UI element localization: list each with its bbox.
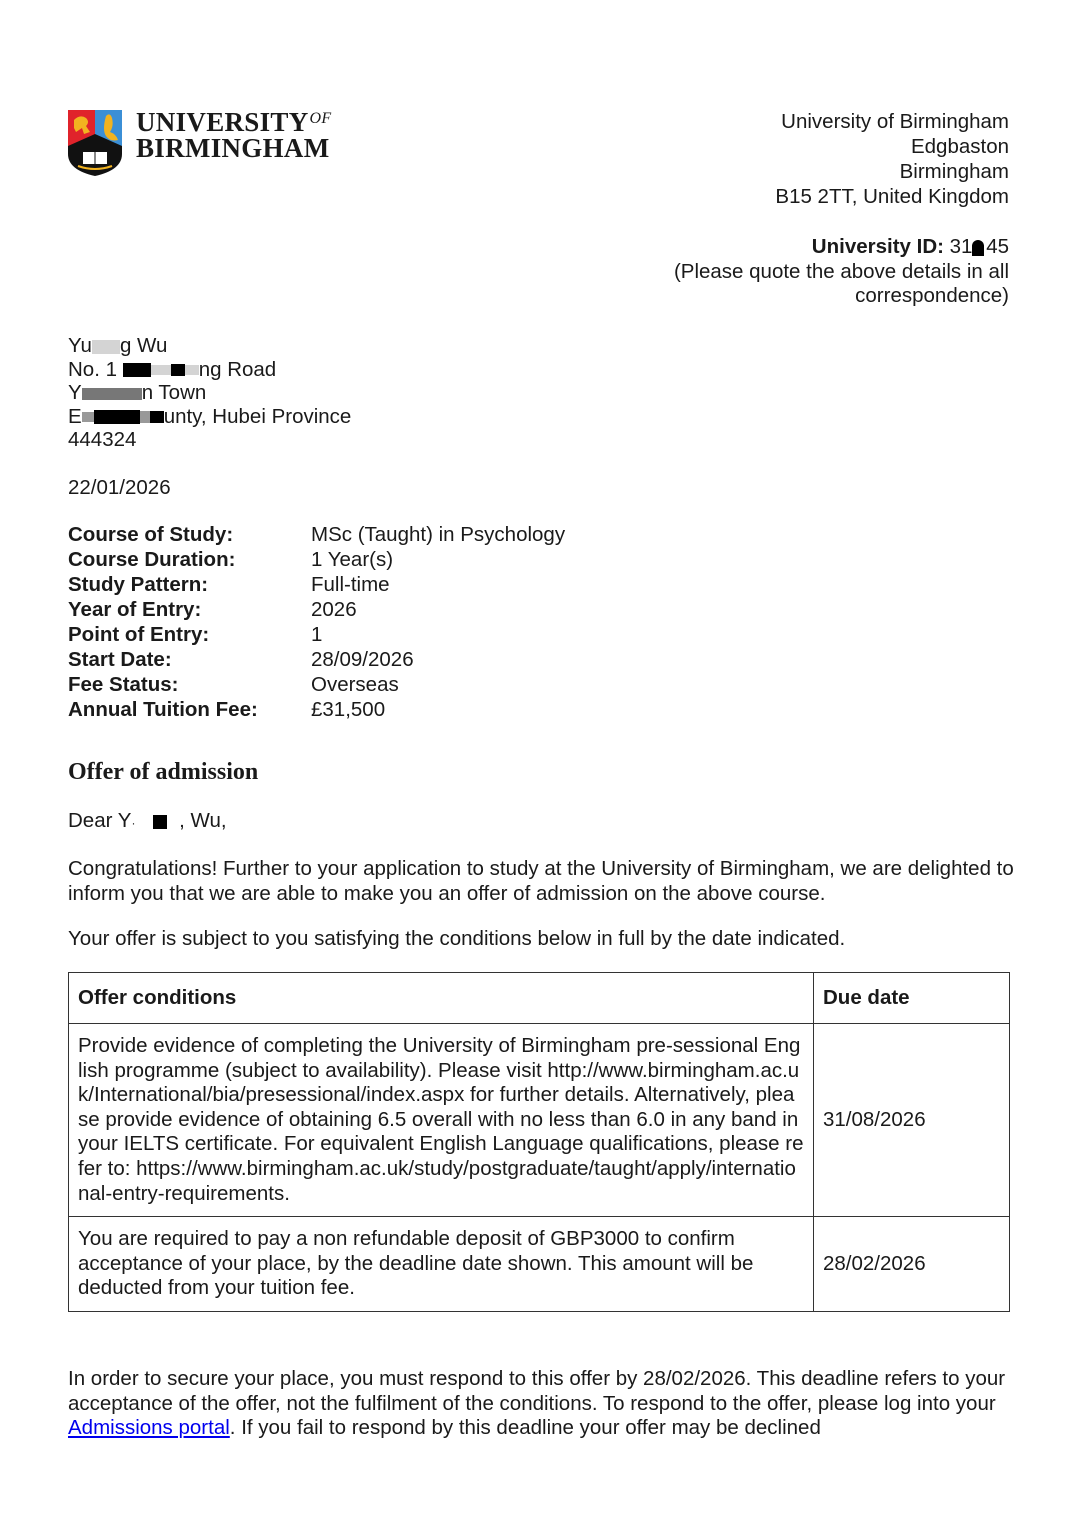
university-logo: UNIVERSITYOF BIRMINGHAM [66,108,331,178]
university-address: University of Birmingham Edgbaston Birmi… [775,110,1009,210]
recipient-name: Yug Wu [68,334,351,358]
recipient-address-line1: No. 1 ng Road [68,358,351,382]
university-id-block: University ID: 31 45 (Please quote the a… [674,235,1009,309]
recipient-address-line3: Eunty, Hubei Province [68,405,351,429]
address-line: Birmingham [775,160,1009,185]
salutation: Dear Y· , Wu, [68,809,227,836]
table-row: Provide evidence of completing the Unive… [69,1024,1010,1217]
detail-row: Point of Entry:1 [68,623,565,648]
congratulations-paragraph: Congratulations! Further to your applica… [68,857,1018,906]
header-offer-conditions: Offer conditions [69,973,814,1024]
recipient-address: Yug Wu No. 1 ng Road Yn Town Eunty, Hube… [68,334,351,452]
detail-row: Year of Entry:2026 [68,598,565,623]
crest-icon [66,108,124,178]
detail-row: Study Pattern:Full-time [68,573,565,598]
recipient-address-line2: Yn Town [68,381,351,405]
offer-heading: Offer of admission [68,760,258,785]
detail-row: Annual Tuition Fee:£31,500 [68,698,565,723]
address-line: University of Birmingham [775,110,1009,135]
letter-date: 22/01/2026 [68,476,171,501]
detail-row: Course Duration:1 Year(s) [68,548,565,573]
wordmark-of: OF [310,110,332,127]
condition-text: Provide evidence of completing the Unive… [69,1024,814,1217]
university-id-label: University ID: [812,235,944,258]
detail-row: Fee Status:Overseas [68,673,565,698]
condition-text: You are required to pay a non refundable… [69,1217,814,1312]
recipient-postcode: 444324 [68,428,351,452]
wordmark-line2: BIRMINGHAM [136,135,331,161]
offer-conditions-table: Offer conditions Due date Provide eviden… [68,972,1010,1312]
due-date: 28/02/2026 [814,1217,1010,1312]
quote-note: (Please quote the above details in all [674,260,1009,285]
admissions-portal-link[interactable]: Admissions portal [68,1416,230,1439]
respond-paragraph: In order to secure your place, you must … [68,1367,1018,1441]
redaction-block [82,388,142,400]
redaction-block [94,410,140,424]
table-header-row: Offer conditions Due date [69,973,1010,1024]
conditions-intro: Your offer is subject to you satisfying … [68,927,1018,952]
course-details: Course of Study:MSc (Taught) in Psycholo… [68,523,565,723]
address-line: Edgbaston [775,135,1009,160]
redaction-block [92,340,120,354]
university-id-value: 31 45 [950,235,1009,258]
redaction-block [153,815,167,829]
detail-row: Start Date:28/09/2026 [68,648,565,673]
table-row: You are required to pay a non refundable… [69,1217,1010,1312]
header-due-date: Due date [814,973,1010,1024]
redaction-block [972,240,984,256]
detail-row: Course of Study:MSc (Taught) in Psycholo… [68,523,565,548]
university-wordmark: UNIVERSITYOF BIRMINGHAM [136,106,331,161]
due-date: 31/08/2026 [814,1024,1010,1217]
quote-note: correspondence) [674,284,1009,309]
address-line: B15 2TT, United Kingdom [775,185,1009,210]
redaction-block [123,363,151,377]
